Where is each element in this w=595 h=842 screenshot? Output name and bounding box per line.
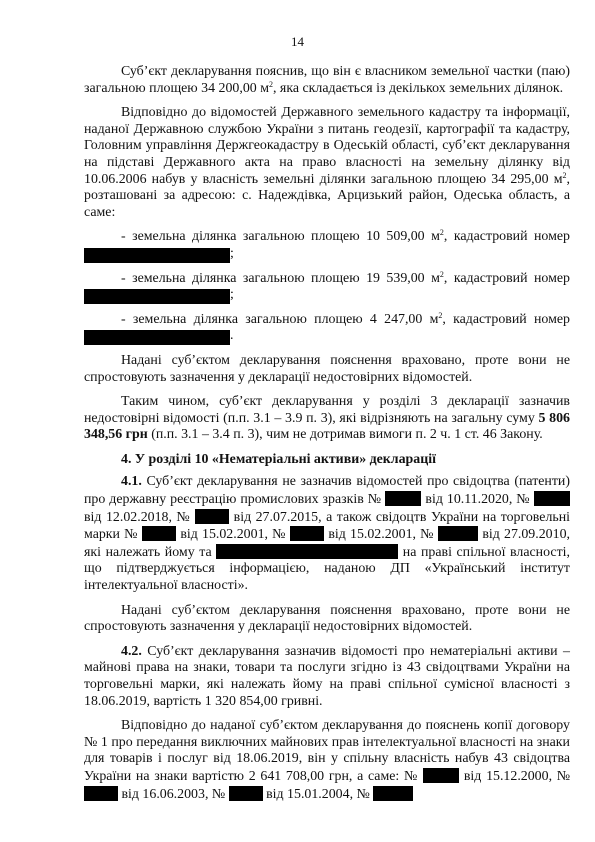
paragraph-explanation-considered: Надані суб’єктом декларування пояснення … [84,353,570,386]
paragraph-explanation-considered-2: Надані суб’єктом декларування пояснення … [84,603,570,636]
text: - земельна ділянка загальною площею 10 5… [121,229,440,244]
redaction-box [534,491,570,506]
redaction-box [216,544,398,559]
clause-number: 4.2. [121,644,142,659]
plot-line: - земельна ділянка загальною площею 10 5… [84,229,570,246]
redaction-box [195,509,229,524]
plot-redaction-row: ; [84,246,570,263]
text: (п.п. 3.1 – 3.4 п. 3), чим не дотримав в… [148,427,543,442]
redaction-box [373,786,413,801]
paragraph-4-1: 4.1. Суб’єкт декларування не зазначив ві… [84,474,570,594]
text: від 16.06.2003, № [118,787,229,802]
text: ; [230,246,234,263]
text: - земельна ділянка загальною площею 19 5… [121,271,440,286]
text: Відповідно до відомостей Державного земе… [84,105,570,186]
text: від 10.11.2020, № [421,492,534,507]
text: , кадастровий номер [442,312,570,327]
document-body: Суб’єкт декларування пояснив, що він є в… [84,64,570,811]
redaction-box [290,526,324,541]
redaction-box [84,248,230,263]
plot-line: - земельна ділянка загальною площею 4 24… [84,312,570,329]
text: Суб’єкт декларування зазначив відомості … [84,644,570,709]
redaction-box [229,786,263,801]
plot-item: - земельна ділянка загальною площею 10 5… [84,229,570,262]
redaction-box [385,491,421,506]
section-heading: 4. У розділі 10 «Нематеріальні активи» д… [84,452,570,469]
paragraph-cadastre: Відповідно до відомостей Державного земе… [84,105,570,221]
text: ; [230,287,234,304]
text: від 15.02.2001, № [324,527,438,542]
text: від 15.12.2000, № [459,769,570,784]
plot-item: - земельна ділянка загальною площею 4 24… [84,312,570,345]
redaction-box [84,786,118,801]
redaction-box [438,526,478,541]
paragraph-conclusion: Таким чином, суб’єкт декларування у розд… [84,394,570,444]
text: , кадастровий номер [444,229,570,244]
plot-line: - земельна ділянка загальною площею 19 5… [84,271,570,288]
redaction-box [423,768,459,783]
text: від 15.02.2001, № [176,527,290,542]
paragraph-land-share: Суб’єкт декларування пояснив, що він є в… [84,64,570,97]
plot-redaction-row: . [84,328,570,345]
text: - земельна ділянка загальною площею 4 24… [121,312,438,327]
text: . [230,328,233,345]
text: , яка складається із декількох земельних… [273,81,563,96]
redaction-box [142,526,176,541]
plot-item: - земельна ділянка загальною площею 19 5… [84,271,570,304]
paragraph-4-2: 4.2. Суб’єкт декларування зазначив відом… [84,644,570,710]
text: від 15.01.2004, № [263,787,374,802]
paragraph-contract: Відповідно до наданої суб’єктом декларув… [84,718,570,803]
plot-redaction-row: ; [84,287,570,304]
clause-number: 4.1. [121,474,142,489]
text: Таким чином, суб’єкт декларування у розд… [84,394,570,426]
text: від 12.02.2018, № [84,510,195,525]
redaction-box [84,289,230,304]
redaction-box [84,330,230,345]
text: , кадастровий номер [444,271,570,286]
page-number: 14 [0,34,595,50]
